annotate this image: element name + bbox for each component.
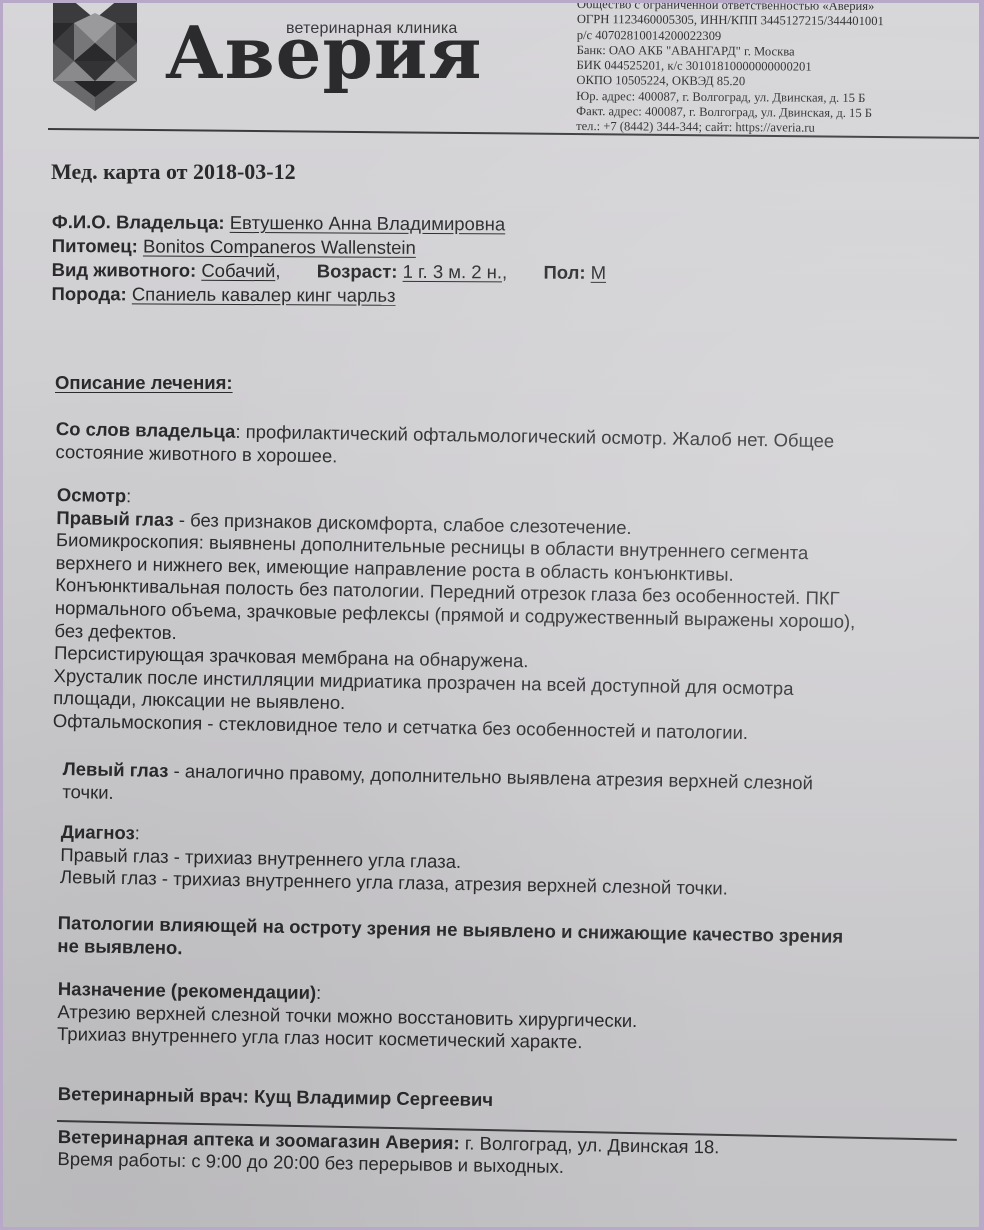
company-requisites: Общество с ограниченной ответственностью… bbox=[576, 3, 884, 137]
sex-label: Пол: bbox=[543, 262, 585, 283]
owner-label: Ф.И.О. Владельца: bbox=[52, 211, 225, 233]
requisites-line: ОГРН 1123460005305, ИНН/КПП 3445127215/3… bbox=[577, 12, 884, 29]
medical-card-page: ветеринарная клиника Аверия Общество с о… bbox=[3, 3, 979, 1227]
right-eye-label: Правый глаз bbox=[56, 507, 174, 530]
veterinarian: Ветеринарный врач: Кущ Владимир Сергееви… bbox=[58, 1082, 494, 1111]
pathology-conclusion: Патологии влияющей на остроту зрения не … bbox=[57, 911, 843, 971]
exam-label: Осмотр bbox=[57, 484, 127, 506]
owner-complaint: Со слов владельца: профилактический офта… bbox=[55, 417, 834, 475]
card-title: Мед. карта от 2018-03-12 bbox=[51, 159, 296, 185]
pet-label: Питомец: bbox=[52, 235, 138, 256]
species-value: Собачий bbox=[201, 260, 275, 281]
owner-row: Ф.И.О. Владельца: Евтушенко Анна Владими… bbox=[52, 210, 607, 237]
document: ветеринарная клиника Аверия Общество с о… bbox=[3, 3, 979, 1227]
exam-colon: : bbox=[126, 485, 132, 506]
breed-label: Порода: bbox=[52, 283, 127, 304]
sex-value: М bbox=[591, 262, 607, 283]
pet-value: Bonitos Companeros Wallenstein bbox=[143, 235, 416, 257]
left-eye-findings: Левый глаз - аналогично правому, дополни… bbox=[62, 757, 813, 817]
recommendations: Назначение (рекомендации): Атрезию верхн… bbox=[57, 978, 638, 1055]
pet-info: Ф.И.О. Владельца: Евтушенко Анна Владими… bbox=[51, 210, 606, 309]
age-value: 1 г. 3 м. 2 н. bbox=[403, 261, 503, 283]
pharmacy-address: г. Волгоград, ул. Двинская 18. bbox=[460, 1132, 720, 1157]
breed-row: Порода: Спаниель кавалер кинг чарльз bbox=[51, 282, 606, 309]
diagnosis-colon: : bbox=[135, 822, 141, 843]
examination: Осмотр: Правый глаз - без признаков диск… bbox=[53, 484, 858, 746]
species-label: Вид животного: bbox=[52, 259, 197, 281]
vet-label: Ветеринарный врач: bbox=[58, 1083, 249, 1107]
geometric-cat-shield-icon bbox=[53, 3, 137, 111]
left-eye-label: Левый глаз bbox=[63, 758, 169, 781]
pharmacy-info: Ветеринарная аптека и зоомагазин Аверия:… bbox=[57, 1126, 719, 1180]
owner-value: Евтушенко Анна Владимировна bbox=[230, 212, 506, 234]
diagnosis-label: Диагноз bbox=[61, 821, 135, 843]
age-label: Возраст: bbox=[317, 260, 398, 281]
species-row: Вид животного: Собачий, Возраст: 1 г. 3 … bbox=[52, 258, 607, 285]
recommendations-label: Назначение (рекомендации) bbox=[58, 978, 317, 1003]
vet-line: Ветеринарный врач: Кущ Владимир Сергееви… bbox=[58, 1082, 494, 1111]
breed-value: Спаниель кавалер кинг чарльз bbox=[132, 283, 396, 305]
pet-row: Питомец: Bonitos Companeros Wallenstein bbox=[52, 234, 607, 261]
vet-name: Кущ Владимир Сергеевич bbox=[254, 1086, 493, 1110]
requisites-line: ОКПО 10505224, ОКВЭД 85.20 bbox=[576, 73, 883, 90]
brand-name: Аверия bbox=[165, 17, 482, 89]
owner-words-label: Со слов владельца bbox=[56, 418, 236, 442]
diagnosis: Диагноз: Правый глаз - трихиаз внутренне… bbox=[60, 821, 729, 900]
treatment-section-title: Описание лечения: bbox=[55, 372, 233, 394]
recommendations-colon: : bbox=[316, 982, 321, 1003]
